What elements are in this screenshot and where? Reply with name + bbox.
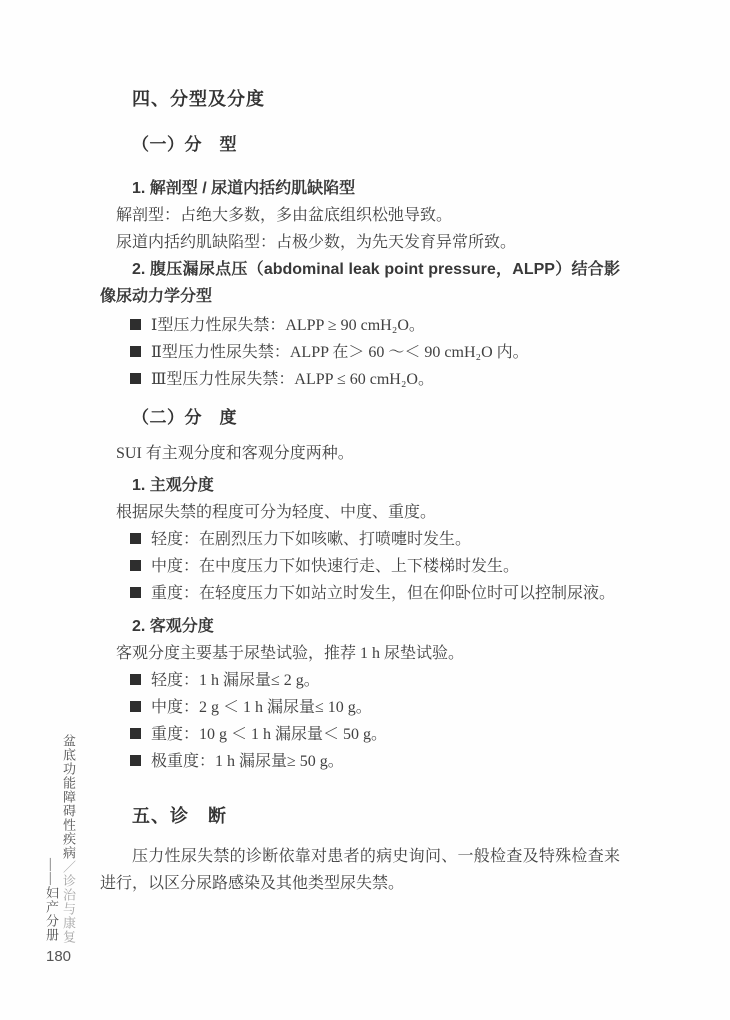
bullet-item-objective-moderate: 中度：2 g ＜ 1 h 漏尿量≤ 10 g。 xyxy=(100,694,620,721)
page-number: 180 xyxy=(46,948,71,965)
square-bullet-icon xyxy=(130,560,141,571)
bullet-text: Ⅰ型压力性尿失禁：ALPP ≥ 90 cmH₂O。 xyxy=(151,317,425,334)
volume-label-vertical: ——妇产分册 xyxy=(43,858,60,942)
bullet-text: 极重度：1 h 漏尿量≥ 50 g。 xyxy=(151,753,344,770)
bullet-text: Ⅱ型压力性尿失禁：ALPP 在＞ 60 ～＜ 90 cmH₂O 内。 xyxy=(151,344,529,361)
bullet-item-alpp-type1: Ⅰ型压力性尿失禁：ALPP ≥ 90 cmH₂O。 xyxy=(100,312,620,339)
paragraph-objective-intro: 客观分度主要基于尿垫试验，推荐 1 h 尿垫试验。 xyxy=(100,640,620,667)
numbered-heading-subjective: 1. 主观分度 xyxy=(100,472,620,499)
bullet-text: 中度：2 g ＜ 1 h 漏尿量≤ 10 g。 xyxy=(151,699,372,716)
page-content: 四、分型及分度 （一）分 型 1. 解剖型 / 尿道内括约肌缺陷型 解剖型：占绝… xyxy=(100,0,620,897)
paragraph-anatomic-type: 解剖型：占绝大多数，多由盆底组织松弛导致。 xyxy=(100,202,620,229)
bullet-item-objective-verysevere: 极重度：1 h 漏尿量≥ 50 g。 xyxy=(100,748,620,775)
bullet-item-objective-mild: 轻度：1 h 漏尿量≤ 2 g。 xyxy=(100,667,620,694)
title-separator-slash: ／ xyxy=(61,860,76,874)
numbered-heading-objective: 2. 客观分度 xyxy=(100,613,620,640)
square-bullet-icon xyxy=(130,346,141,357)
bullet-item-subjective-moderate: 中度：在中度压力下如快速行走、上下楼梯时发生。 xyxy=(100,553,620,580)
square-bullet-icon xyxy=(130,728,141,739)
subsection-heading-4-2: （二）分 度 xyxy=(100,405,620,431)
bullet-item-alpp-type2: Ⅱ型压力性尿失禁：ALPP 在＞ 60 ～＜ 90 cmH₂O 内。 xyxy=(100,339,620,366)
square-bullet-icon xyxy=(130,319,141,330)
square-bullet-icon xyxy=(130,587,141,598)
square-bullet-icon xyxy=(130,373,141,384)
bullet-item-objective-severe: 重度：10 g ＜ 1 h 漏尿量＜ 50 g。 xyxy=(100,721,620,748)
book-page: 盆底功能障碍性疾病／诊治与康复 ——妇产分册 180 四、分型及分度 （一）分 … xyxy=(0,0,730,1020)
square-bullet-icon xyxy=(130,701,141,712)
paragraph-sphincter-type: 尿道内括约肌缺陷型：占极少数，为先天发育异常所致。 xyxy=(100,229,620,256)
numbered-heading-type-2: 2. 腹压漏尿点压（abdominal leak point pressure，… xyxy=(100,256,620,310)
book-title: 盆底功能障碍性疾病 xyxy=(61,734,76,860)
paragraph-subjective-intro: 根据尿失禁的程度可分为轻度、中度、重度。 xyxy=(100,499,620,526)
square-bullet-icon xyxy=(130,533,141,544)
paragraph-grading-intro: SUI 有主观分度和客观分度两种。 xyxy=(100,440,620,467)
bullet-item-alpp-type3: Ⅲ型压力性尿失禁：ALPP ≤ 60 cmH₂O。 xyxy=(100,366,620,393)
paragraph-diagnosis: 压力性尿失禁的诊断依靠对患者的病史询问、一般检查及特殊检查来进行，以区分尿路感染… xyxy=(100,843,620,897)
subsection-heading-4-1: （一）分 型 xyxy=(100,132,620,158)
numbered-heading-type-1: 1. 解剖型 / 尿道内括约肌缺陷型 xyxy=(100,175,620,202)
section-heading-5: 五、诊 断 xyxy=(100,803,620,829)
bullet-text: 轻度：在剧烈压力下如咳嗽、打喷嚏时发生。 xyxy=(151,531,471,548)
bullet-item-subjective-mild: 轻度：在剧烈压力下如咳嗽、打喷嚏时发生。 xyxy=(100,526,620,553)
square-bullet-icon xyxy=(130,755,141,766)
bullet-text: 重度：10 g ＜ 1 h 漏尿量＜ 50 g。 xyxy=(151,726,387,743)
bullet-item-subjective-severe: 重度：在轻度压力下如站立时发生，但在仰卧位时可以控制尿液。 xyxy=(100,580,620,607)
book-title-vertical: 盆底功能障碍性疾病／诊治与康复 xyxy=(60,734,77,944)
bullet-text: 中度：在中度压力下如快速行走、上下楼梯时发生。 xyxy=(151,558,519,575)
bullet-text: 重度：在轻度压力下如站立时发生，但在仰卧位时可以控制尿液。 xyxy=(151,585,615,602)
bullet-text: 轻度：1 h 漏尿量≤ 2 g。 xyxy=(151,672,320,689)
bullet-text: Ⅲ型压力性尿失禁：ALPP ≤ 60 cmH₂O。 xyxy=(151,371,434,388)
square-bullet-icon xyxy=(130,674,141,685)
book-subtitle: 诊治与康复 xyxy=(61,874,76,944)
section-heading-4: 四、分型及分度 xyxy=(100,86,620,112)
